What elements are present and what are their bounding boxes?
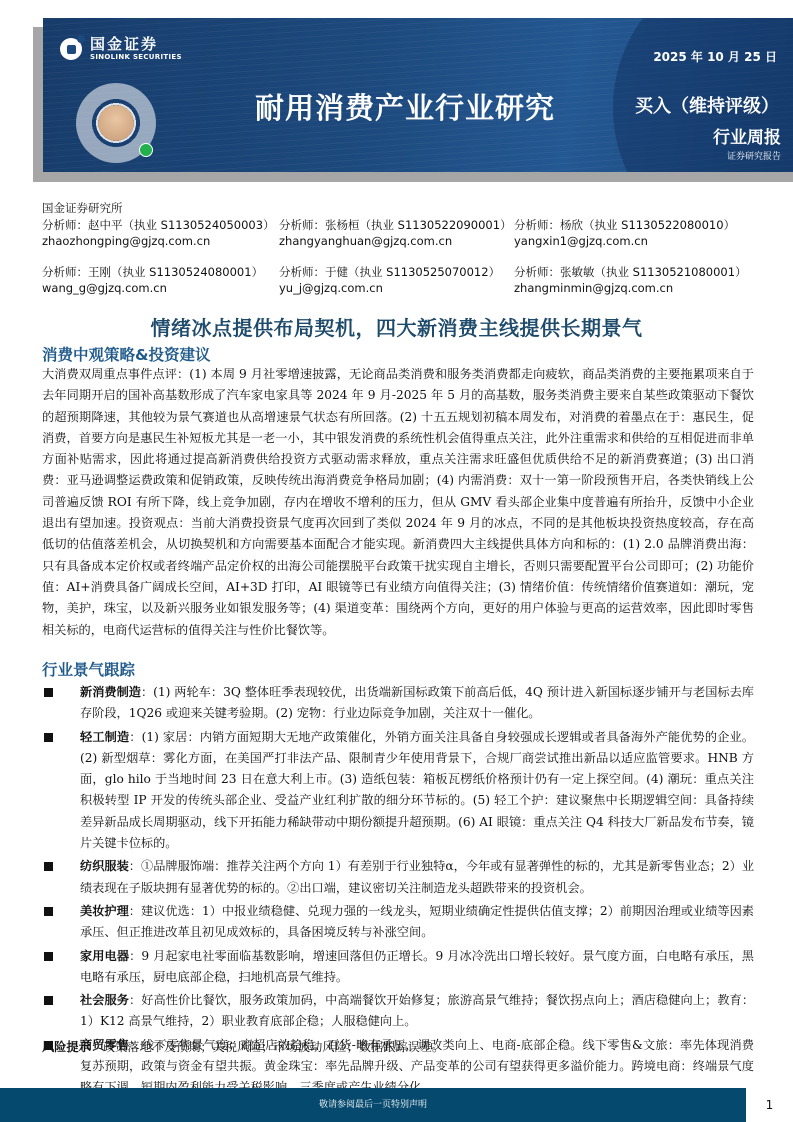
list-item: 社会服务：好高性价比餐饮，服务政策加码，中高端餐饮开始修复；旅游高景气维持；餐饮… bbox=[42, 990, 754, 1033]
bullet-square-icon bbox=[44, 952, 53, 961]
report-subtype: 证券研究报告 bbox=[727, 149, 781, 162]
risk-warning: 风险提示：政策落地不及预期；关税风险；市场波动风险；数据跟踪误差。 bbox=[42, 1038, 444, 1055]
item-text: ：9 月起家电社零面临基数影响，增速回落但仍正增长。9 月冰冷洗出口增长较好。景… bbox=[80, 949, 754, 984]
analyst-line: 分析师：于健（执业 S1130525070012） bbox=[279, 265, 500, 279]
analyst-card: 分析师：王刚（执业 S1130524080001） wang_g@gjzq.co… bbox=[42, 264, 263, 296]
report-date: 2025 年 10 月 25 日 bbox=[653, 48, 777, 65]
analyst-card: 分析师：张杨桓（执业 S1130522090001） zhangyanghuan… bbox=[279, 217, 512, 249]
item-lead: 轻工制造 bbox=[80, 730, 129, 744]
item-text: ：①品牌服饰端：推荐关注两个方向 1）有差别于行业独特α，今年或有显著弹性的标的… bbox=[80, 859, 754, 894]
item-text: ：(1) 两轮车：3Q 整体旺季表现较优，出货端新国标政策下前高后低，4Q 预计… bbox=[80, 685, 754, 720]
analyst-line: 分析师：赵中平（执业 S1130524050003） bbox=[42, 218, 275, 232]
list-item: 美妆护理：建议优选：1）中报业绩稳健、兑现力强的一线龙头，短期业绩确定性提供估值… bbox=[42, 901, 754, 944]
bullet-square-icon bbox=[44, 688, 53, 697]
report-headline: 情绪冰点提供布局契机，四大新消费主线提供长期景气 bbox=[0, 312, 793, 341]
section-heading-strategy: 消费中观策略&投资建议 bbox=[42, 343, 211, 365]
bullet-square-icon bbox=[44, 733, 53, 742]
analyst-line: 分析师：杨欣（执业 S1130522080010） bbox=[514, 218, 735, 232]
page-number: 1 bbox=[746, 1088, 793, 1122]
list-item: 家用电器：9 月起家电社零面临基数影响，增速回落但仍正增长。9 月冰冷洗出口增长… bbox=[42, 946, 754, 989]
report-type: 行业周报 bbox=[713, 123, 781, 148]
analyst-card: 分析师：赵中平（执业 S1130524050003） zhaozhongping… bbox=[42, 217, 275, 249]
item-text: ：好高性价比餐饮，服务政策加码，中高端餐饮开始修复；旅游高景气维持；餐饮拐点向上… bbox=[80, 993, 754, 1028]
item-lead: 美妆护理 bbox=[80, 904, 129, 918]
mini-program-icon bbox=[139, 143, 153, 157]
report-series-title: 耐用消费产业行业研究 bbox=[255, 86, 555, 127]
analyst-email[interactable]: zhangyanghuan@gjzq.com.cn bbox=[279, 233, 512, 249]
analyst-line: 分析师：王刚（执业 S1130524080001） bbox=[42, 265, 263, 279]
item-text: ：(1) 家居：内销方面短期大无地产政策催化，外销方面关注具备自身较强成长逻辑或… bbox=[80, 730, 754, 850]
item-text: ：建议优选：1）中报业绩稳健、兑现力强的一线龙头，短期业绩确定性提供估值支撑；2… bbox=[80, 904, 754, 939]
rating: 买入（维持评级） bbox=[635, 92, 779, 118]
analyst-email[interactable]: zhangminmin@gjzq.com.cn bbox=[514, 280, 747, 296]
analyst-card: 分析师：于健（执业 S1130525070012） yu_j@gjzq.com.… bbox=[279, 264, 500, 296]
header-banner: 国金证券 SINOLINK SECURITIES 耐用消费产业行业研究 2025… bbox=[43, 18, 793, 172]
strategy-paragraph: 大消费双周重点事件点评：(1) 本周 9 月社零增速披露，无论商品类消费和服务类… bbox=[42, 364, 754, 641]
qr-center-logo-icon bbox=[98, 105, 134, 141]
analyst-email[interactable]: yu_j@gjzq.com.cn bbox=[279, 280, 500, 296]
list-item: 新消费制造：(1) 两轮车：3Q 整体旺季表现较优，出货端新国标政策下前高后低，… bbox=[42, 682, 754, 725]
analyst-line: 分析师：张杨桓（执业 S1130522090001） bbox=[279, 218, 512, 232]
logo-en: SINOLINK SECURITIES bbox=[90, 53, 182, 62]
analyst-email[interactable]: yangxin1@gjzq.com.cn bbox=[514, 233, 735, 249]
company-logo: 国金证券 SINOLINK SECURITIES bbox=[60, 36, 182, 62]
item-lead: 社会服务 bbox=[80, 993, 129, 1007]
analyst-line: 分析师：张敏敏（执业 S1130521080001） bbox=[514, 265, 747, 279]
section-heading-tracking: 行业景气跟踪 bbox=[42, 658, 135, 680]
list-item: 轻工制造：(1) 家居：内销方面短期大无地产政策催化，外销方面关注具备自身较强成… bbox=[42, 727, 754, 855]
risk-lead: 风险提示 bbox=[42, 1040, 91, 1054]
analyst-email[interactable]: wang_g@gjzq.com.cn bbox=[42, 280, 263, 296]
bullet-square-icon bbox=[44, 907, 53, 916]
footer-disclaimer-bar: 敬请参阅最后一页特别声明 bbox=[0, 1088, 746, 1122]
analyst-card: 分析师：杨欣（执业 S1130522080010） yangxin1@gjzq.… bbox=[514, 217, 735, 249]
logo-mark-icon bbox=[60, 38, 82, 60]
institute-name: 国金证券研究所 bbox=[42, 200, 123, 216]
logo-cn: 国金证券 bbox=[90, 36, 182, 53]
item-lead: 家用电器 bbox=[80, 949, 129, 963]
analyst-card: 分析师：张敏敏（执业 S1130521080001） zhangminmin@g… bbox=[514, 264, 747, 296]
analyst-email[interactable]: zhaozhongping@gjzq.com.cn bbox=[42, 233, 275, 249]
bullet-square-icon bbox=[44, 862, 53, 871]
bullet-square-icon bbox=[44, 996, 53, 1005]
risk-text: ：政策落地不及预期；关税风险；市场波动风险；数据跟踪误差。 bbox=[91, 1040, 444, 1054]
list-item: 纺织服装：①品牌服饰端：推荐关注两个方向 1）有差别于行业独特α，今年或有显著弹… bbox=[42, 856, 754, 899]
item-lead: 纺织服装 bbox=[80, 859, 129, 873]
item-lead: 新消费制造 bbox=[80, 685, 141, 699]
